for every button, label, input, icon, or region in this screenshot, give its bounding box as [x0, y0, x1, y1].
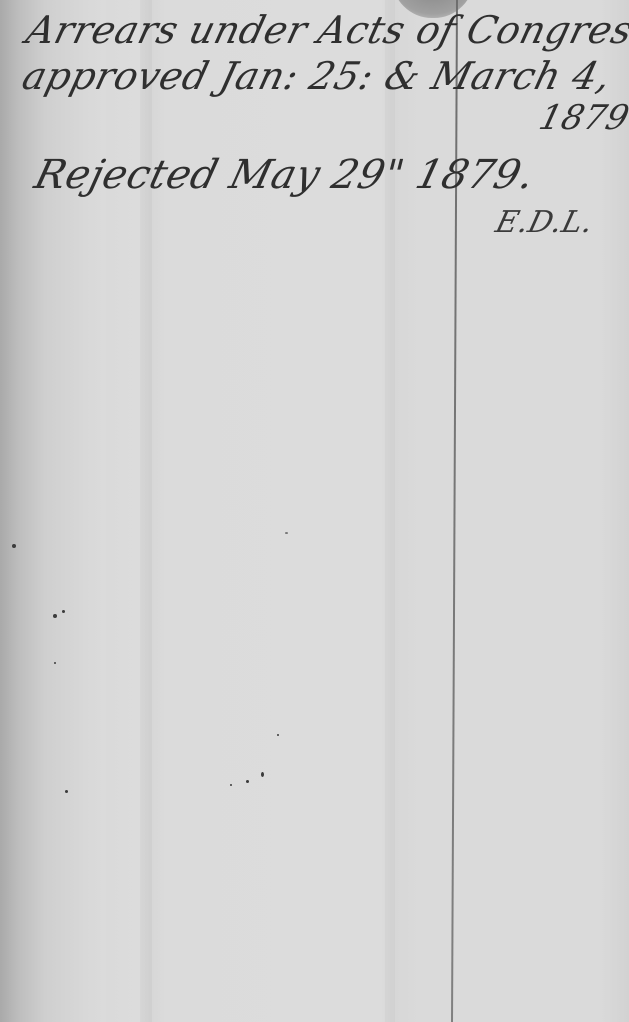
ink-speck	[54, 662, 56, 664]
ink-speck	[65, 790, 68, 793]
ink-speck	[62, 610, 65, 613]
ink-speck	[230, 784, 232, 786]
ink-speck	[285, 532, 288, 534]
ink-speck	[277, 734, 279, 736]
heading-line-1: Arrears under Acts of Congress	[22, 8, 629, 52]
heading-year: 1879.	[535, 98, 629, 138]
ink-speck	[246, 780, 249, 783]
ink-speck	[12, 544, 16, 548]
clerk-initials: E.D.L.	[492, 205, 597, 240]
ink-speck	[261, 772, 264, 777]
rejection-status-line: Rejected May 29" 1879.	[30, 152, 539, 198]
document-page: Arrears under Acts of Congress approved …	[0, 0, 629, 1022]
heading-line-2: approved Jan: 25: & March 4,	[18, 54, 616, 98]
ink-speck	[53, 614, 57, 618]
